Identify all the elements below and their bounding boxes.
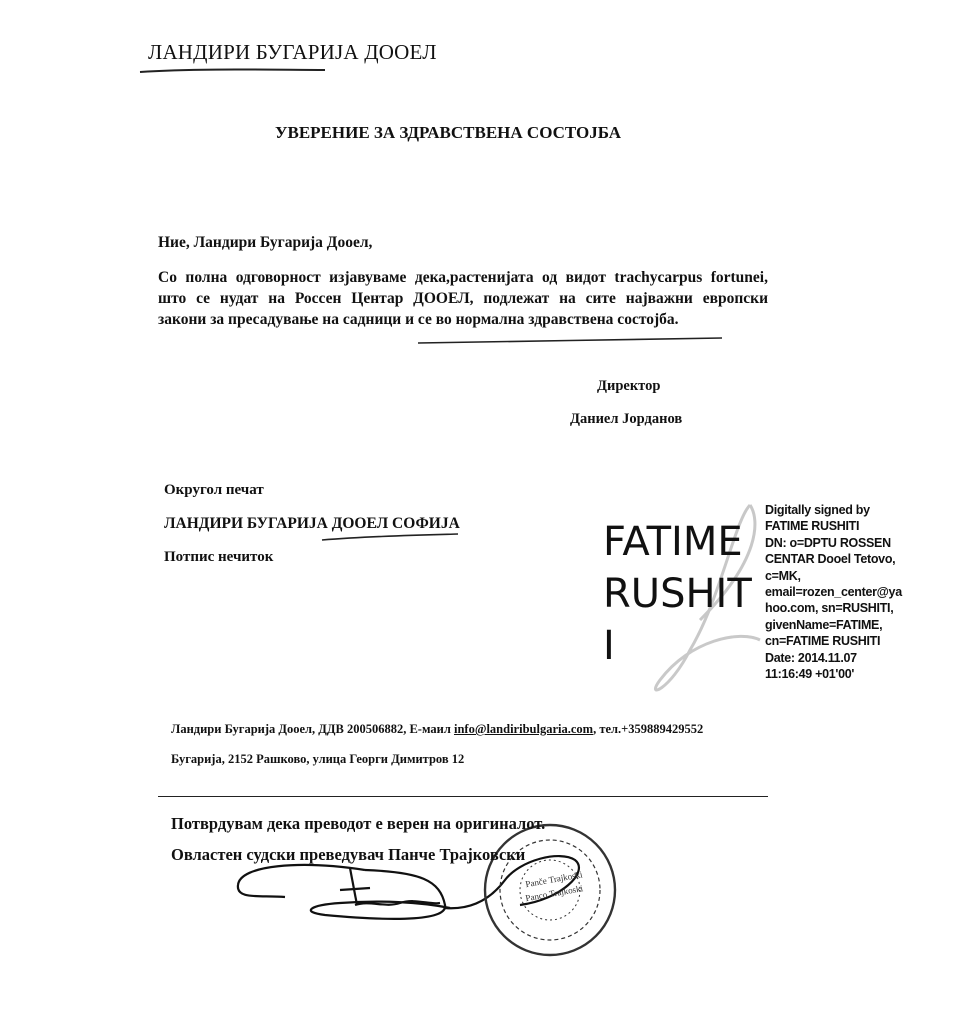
translator-name: Овластен судски преведувач Панче Трајков… bbox=[171, 845, 525, 865]
handwritten-underline bbox=[140, 70, 325, 73]
digital-signature-name: FATIME RUSHIT I bbox=[603, 516, 752, 672]
footer-email-link[interactable]: info@landiribulgaria.com bbox=[454, 722, 593, 736]
digital-signature-details: Digitally signed by FATIME RUSHITI DN: o… bbox=[765, 502, 902, 682]
footer-address-line: Бугарија, 2152 Рашково, улица Георги Дим… bbox=[171, 752, 464, 767]
handwritten-underline bbox=[418, 338, 722, 343]
footer-contact-line: Ландири Бугарија Дооел, ДДВ 200506882, Е… bbox=[171, 722, 703, 737]
translation-confirmation: Потврдувам дека преводот е верен на ориг… bbox=[171, 814, 545, 834]
handwritten-underline bbox=[322, 534, 458, 540]
divider bbox=[158, 796, 768, 797]
